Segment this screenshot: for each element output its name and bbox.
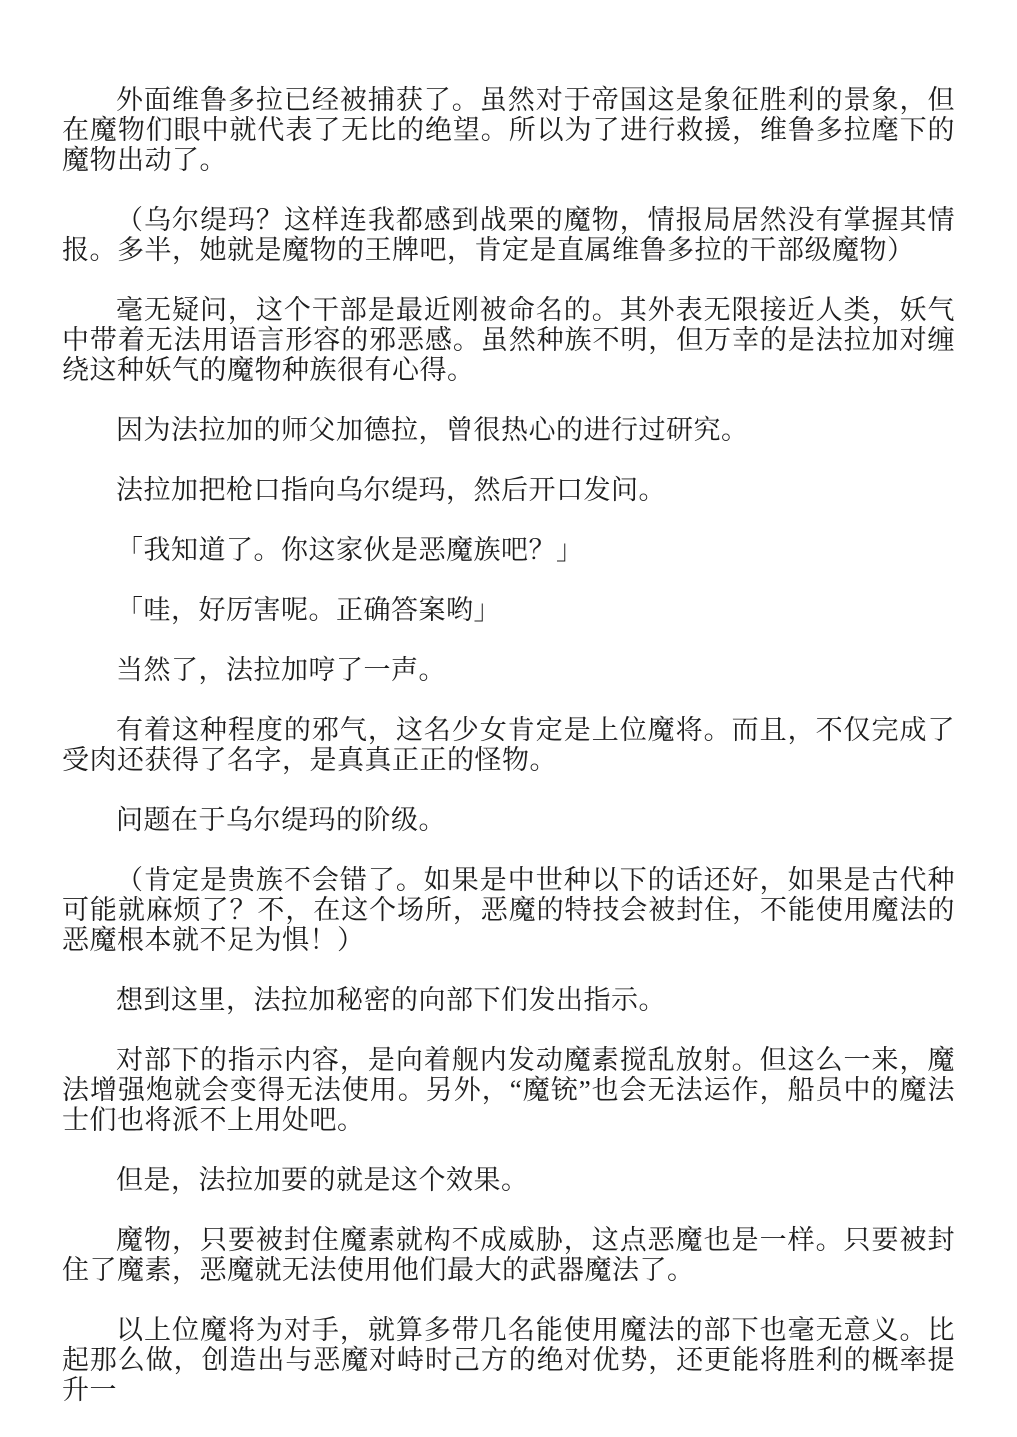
- paragraph: 问题在于乌尔缇玛的阶级。: [62, 805, 955, 835]
- paragraph: 「哇，好厉害呢。正确答案哟」: [62, 595, 955, 625]
- paragraph: 因为法拉加的师父加德拉，曾很热心的进行过研究。: [62, 415, 955, 445]
- paragraph: （乌尔缇玛？这样连我都感到战栗的魔物，情报局居然没有掌握其情报。多半，她就是魔物…: [62, 205, 955, 265]
- paragraph: 「我知道了。你这家伙是恶魔族吧？」: [62, 535, 955, 565]
- paragraph: 毫无疑问，这个干部是最近刚被命名的。其外表无限接近人类，妖气中带着无法用语言形容…: [62, 295, 955, 385]
- paragraph: 外面维鲁多拉已经被捕获了。虽然对于帝国这是象征胜利的景象，但在魔物们眼中就代表了…: [62, 85, 955, 175]
- paragraph: 想到这里，法拉加秘密的向部下们发出指示。: [62, 985, 955, 1015]
- paragraph: 法拉加把枪口指向乌尔缇玛，然后开口发问。: [62, 475, 955, 505]
- paragraph: 魔物，只要被封住魔素就构不成威胁，这点恶魔也是一样。只要被封住了魔素，恶魔就无法…: [62, 1225, 955, 1285]
- paragraph: 以上位魔将为对手，就算多带几名能使用魔法的部下也毫无意义。比起那么做，创造出与恶…: [62, 1315, 955, 1405]
- paragraph: 对部下的指示内容，是向着舰内发动魔素搅乱放射。但这么一来，魔法增强炮就会变得无法…: [62, 1045, 955, 1135]
- paragraph: 有着这种程度的邪气，这名少女肯定是上位魔将。而且，不仅完成了受肉还获得了名字，是…: [62, 715, 955, 775]
- document-page: 外面维鲁多拉已经被捕获了。虽然对于帝国这是象征胜利的景象，但在魔物们眼中就代表了…: [0, 0, 1017, 1437]
- paragraph: 但是，法拉加要的就是这个效果。: [62, 1165, 955, 1195]
- paragraph: 当然了，法拉加哼了一声。: [62, 655, 955, 685]
- paragraph: （肯定是贵族不会错了。如果是中世种以下的话还好，如果是古代种可能就麻烦了？不，在…: [62, 865, 955, 955]
